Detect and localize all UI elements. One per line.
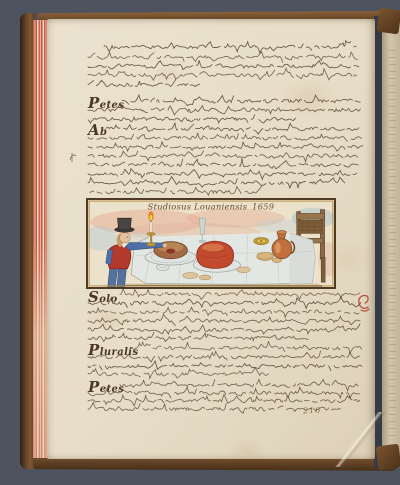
left-marginal-mark [68, 151, 79, 164]
illustration-caption: Studiosus Louaniensis1659 [148, 202, 275, 212]
handwriting-line [88, 401, 340, 415]
handwriting-line [90, 184, 258, 198]
leather-corner-top-right [376, 8, 400, 35]
illustration-title: Studiosus Louaniensis [148, 202, 248, 212]
red-marginal-flourish [357, 293, 371, 312]
manuscript-photo: Petes Ab Solo Pluralis Petes 216 [0, 0, 400, 485]
banquet-scene: Studiosus Louaniensis1659 [88, 200, 334, 287]
yellow-dish [254, 237, 269, 244]
facing-page-edge [382, 16, 400, 468]
illustration-frame: Studiosus Louaniensis1659 [86, 198, 336, 289]
leather-corner-bottom-right [376, 444, 400, 471]
illustration-year: 1659 [252, 202, 274, 212]
facing-page-text-hint [389, 50, 396, 436]
handwriting-line [88, 77, 198, 91]
hat-crown [118, 218, 132, 229]
